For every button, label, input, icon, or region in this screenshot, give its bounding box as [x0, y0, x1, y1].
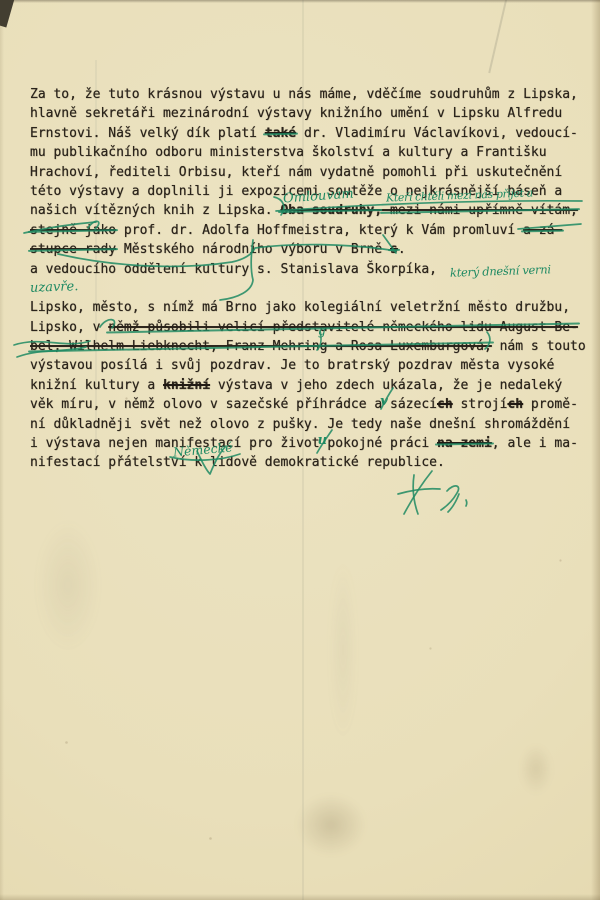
paper-speckles — [0, 0, 1, 1]
typed-segment: stupce rady — [30, 242, 116, 257]
typed-segment: stejně jako — [30, 223, 116, 238]
typed-line: hlavně sekretáři mezinárodní výstavy kni… — [30, 104, 586, 123]
typed-line: Lipsko, v němž působili velicí představi… — [30, 318, 586, 337]
typed-segment: výstava v jeho zdech ukázala, že je neda… — [210, 378, 562, 393]
typed-text: Za to, že tuto krásnou výstavu u nás mám… — [30, 85, 586, 473]
typed-line: stejně jako prof. dr. Adolfa Hoffmeistra… — [30, 221, 586, 240]
typed-segment: na zemi — [437, 436, 492, 451]
typed-segment: strojí — [453, 397, 508, 412]
typed-line — [30, 279, 586, 298]
signature-initials — [398, 471, 467, 514]
typed-line: mu publikačního odboru ministerstva škol… — [30, 143, 586, 162]
typed-line: stupce rady Městského národního výboru v… — [30, 240, 586, 259]
handwritten-note-uzavre: uzavře. — [30, 279, 79, 296]
typed-segment: promě- — [523, 397, 578, 412]
paper-corner-dark-mark — [0, 0, 15, 27]
typed-segment: Městského národního výboru v Brně — [116, 242, 390, 257]
typed-line: výstavou posílá i svůj pozdrav. Je to br… — [30, 356, 586, 375]
paper-edge-bottom — [0, 894, 600, 900]
typed-segment: Lipsko, město, s nímž má Brno jako koleg… — [30, 300, 570, 315]
typed-segment: také — [265, 126, 296, 141]
scanned-typewritten-page: Za to, že tuto krásnou výstavu u nás mám… — [0, 0, 600, 900]
typed-segment: Za to, že tuto krásnou výstavu u nás mám… — [30, 87, 578, 102]
typed-segment: našich vítězných knih z Lipska. — [30, 203, 280, 218]
typed-segment: Lipsko, v — [30, 320, 108, 335]
typed-segment: věk míru, v němž olovo v sazečské příhrá… — [30, 397, 382, 412]
typed-segment: prof. dr. Adolfa Hoffmeistra, který k Vá… — [116, 223, 523, 238]
typed-segment: nifestací přátelství k lidově demokratic… — [30, 455, 445, 470]
paper-stain — [520, 744, 552, 794]
typed-line: bel, Wilhelm Liebknecht, Franz Mehring a… — [30, 337, 586, 356]
typed-segment: němž působili velicí představitelé němec… — [108, 320, 578, 335]
typed-line: Lipsko, město, s nímž má Brno jako koleg… — [30, 298, 586, 317]
typed-line: nifestací přátelství k lidově demokratic… — [30, 453, 586, 472]
paper-stain — [296, 794, 366, 856]
typed-segment: , ale i ma- — [492, 436, 578, 451]
typed-line: i výstava nejen manifestací pro životupo… — [30, 434, 586, 453]
typed-line: Ernstovi. Náš velký dík platí také dr. V… — [30, 124, 586, 143]
handwritten-letter-g: g — [318, 324, 326, 338]
typed-line: věk míru, v němž olovo v sazečské příhrá… — [30, 395, 586, 414]
typed-segment: Hrachoví, řediteli Orbisu, kteří nám vyd… — [30, 165, 562, 180]
typed-segment: výstavou posílá i svůj pozdrav. Je to br… — [30, 358, 554, 373]
typed-segment: knižní — [163, 378, 210, 393]
typed-segment: s — [390, 242, 398, 257]
typed-segment: ch — [437, 397, 453, 412]
paper-stain — [36, 520, 100, 650]
paper-stain — [330, 560, 356, 740]
paper-edge-right — [591, 0, 600, 900]
typed-line: knižní kultury a knižní výstava v jeho z… — [30, 376, 586, 395]
typed-line: Za to, že tuto krásnou výstavu u nás mám… — [30, 85, 586, 104]
typed-segment: bel, Wilhelm Liebknecht, Franz Mehring a… — [30, 339, 492, 354]
paper-scratch — [488, 0, 507, 73]
paper-edge-top — [0, 0, 600, 3]
typed-segment: Ernstovi. Náš velký dík platí — [30, 126, 265, 141]
typed-segment: mu publikačního odboru ministerstva škol… — [30, 145, 547, 160]
typed-segment: a zá- — [523, 223, 562, 238]
typed-segment: a vedoucího oddělení kultury s. Stanisla… — [30, 262, 437, 277]
typed-segment: ch — [507, 397, 523, 412]
typed-line: ní důkladněji svět než olovo z pušky. Je… — [30, 415, 586, 434]
paper-edge-left — [0, 0, 4, 900]
typed-segment: sázecí — [390, 397, 437, 412]
typed-segment: pokojné práci — [327, 436, 437, 451]
typed-segment: dr. Vladimíru Václavíkovi, vedoucí- — [296, 126, 578, 141]
typed-segment: knižní kultury a — [30, 378, 163, 393]
typed-segment: nám s touto — [492, 339, 586, 354]
typed-line: Hrachoví, řediteli Orbisu, kteří nám vyd… — [30, 163, 586, 182]
typed-segment: ní důkladněji svět než olovo z pušky. Je… — [30, 417, 570, 432]
typed-segment: mezi námi upřímně vítám, — [382, 203, 578, 218]
typed-segment: hlavně sekretáři mezinárodní výstavy kni… — [30, 106, 562, 121]
